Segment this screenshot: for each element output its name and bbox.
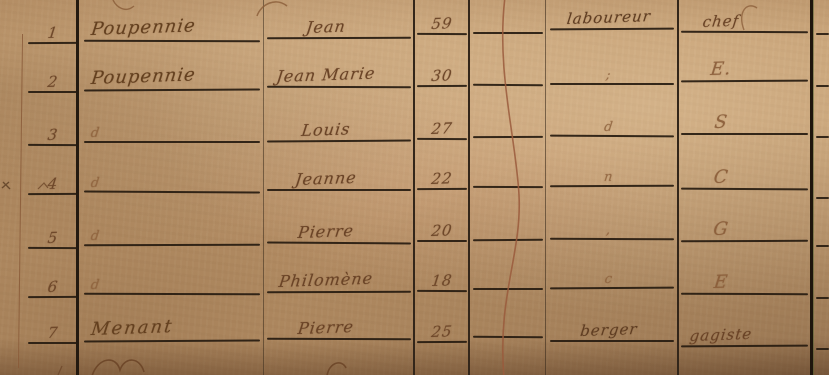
handwritten-household: gagiste [689, 327, 753, 344]
handwritten-num: 5 [47, 231, 59, 246]
handwritten-firstname: Pierre [297, 319, 355, 337]
handwritten-household: E [713, 273, 729, 292]
handwritten-age: 59 [430, 16, 453, 32]
handwritten-profession: d [603, 121, 614, 134]
handwritten-age: 27 [430, 121, 453, 137]
handwritten-household: E. [710, 60, 733, 79]
ink-fragment-bottom-m [92, 360, 144, 375]
handwritten-surname: Poupennie [90, 17, 197, 39]
handwritten-profession: berger [579, 322, 638, 339]
census-register-scan: 1PoupennieJean59laboureurchef2PoupennieJ… [0, 0, 829, 375]
handwritten-household: C [713, 168, 730, 187]
margin-check-mark [2, 182, 10, 189]
handwritten-profession: n [603, 171, 614, 184]
handwritten-firstname: Jean [305, 19, 347, 36]
handwritten-age: 30 [430, 68, 453, 84]
handwritten-age: 20 [430, 223, 453, 239]
handwritten-num: 6 [47, 280, 59, 295]
handwritten-age: 25 [430, 324, 453, 340]
handwritten-surname: Poupennie [90, 66, 197, 88]
handwritten-num: 2 [47, 75, 59, 90]
handwritten-firstname: Louis [301, 121, 352, 139]
handwritten-firstname: Pierre [297, 223, 355, 241]
handwritten-surname: d [90, 177, 101, 190]
handwritten-age: 18 [430, 273, 453, 289]
handwritten-firstname: Jeanne [294, 170, 357, 188]
pen-stroke-vertical [503, 0, 520, 375]
ink-fragment-top-3 [742, 6, 757, 30]
handwritten-surname: d [90, 230, 101, 243]
handwritten-household: chef [702, 14, 740, 30]
handwritten-num: 3 [47, 128, 59, 143]
handwritten-surname: d [90, 127, 101, 140]
handwritten-num: 4 [47, 177, 59, 192]
handwritten-surname: Menant [90, 318, 174, 339]
ink-fragment-bottom-p [327, 363, 346, 375]
ink-fragment-top-1 [113, 0, 134, 9]
handwritten-firstname: Jean Marie [276, 65, 377, 85]
handwritten-num: 1 [47, 26, 59, 41]
handwritten-profession: c [604, 273, 614, 286]
handwritten-num: 7 [47, 326, 59, 341]
ink-fragment-top-2 [257, 2, 287, 16]
handwritten-profession: laboureur [566, 9, 652, 27]
ink-fragment-bottom-num [58, 366, 62, 375]
handwritten-firstname: Philomène [278, 271, 374, 290]
handwritten-household: S [713, 113, 729, 132]
handwritten-household: G [712, 220, 730, 239]
handwritten-age: 22 [430, 171, 453, 187]
handwritten-surname: d [90, 279, 101, 292]
